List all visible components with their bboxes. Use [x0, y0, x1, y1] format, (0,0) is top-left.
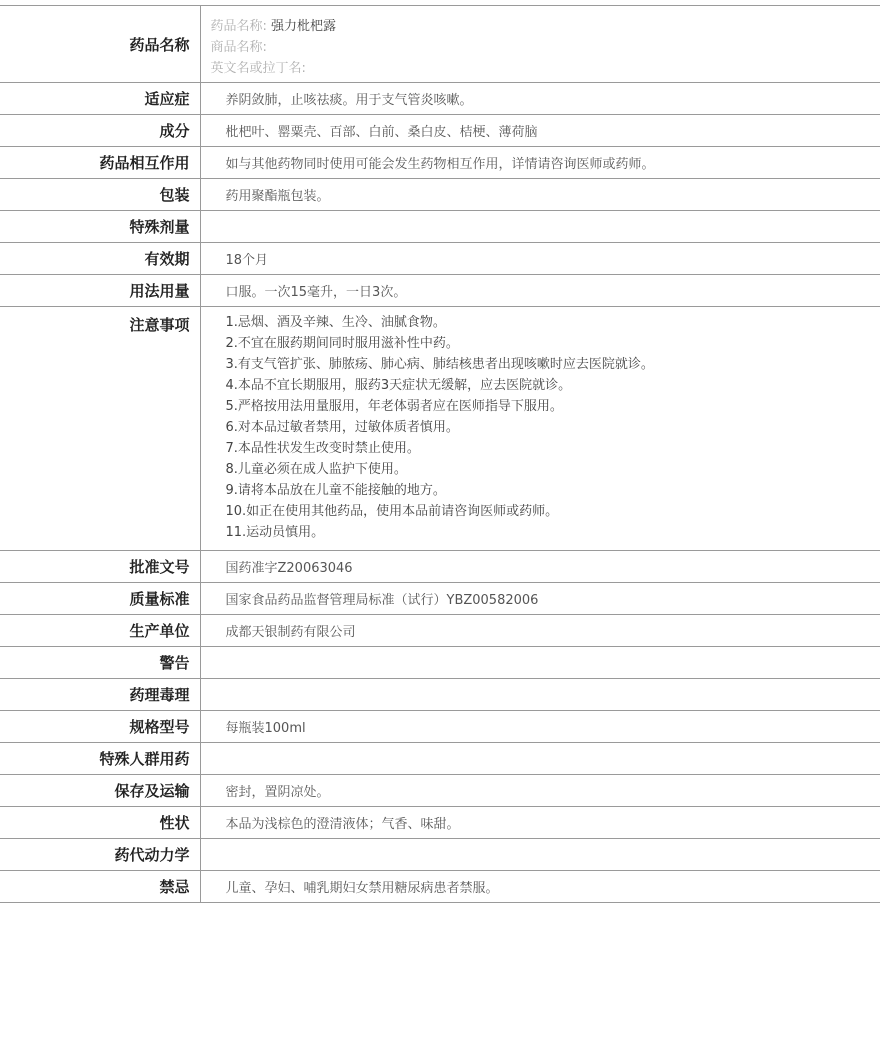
table-row-special-populations: 特殊人群用药: [0, 743, 880, 775]
english-name-line: 英文名或拉丁名:: [211, 58, 880, 79]
precaution-item: 2.不宜在服药期间同时服用滋补性中药。: [226, 333, 880, 354]
row-value: 本品为浅棕色的澄清液体；气香、味甜。: [200, 807, 880, 839]
precaution-item: 1.忌烟、酒及辛辣、生冷、油腻食物。: [226, 312, 880, 333]
table-row-ingredients: 成分 枇杷叶、罂粟壳、百部、白前、桑白皮、桔梗、薄荷脑: [0, 115, 880, 147]
row-label: 适应症: [0, 83, 200, 115]
row-value: 口服。一次15毫升，一日3次。: [200, 275, 880, 307]
row-label: 药品相互作用: [0, 147, 200, 179]
precautions-list: 1.忌烟、酒及辛辣、生冷、油腻食物。 2.不宜在服药期间同时服用滋补性中药。 3…: [200, 307, 880, 551]
precaution-item: 4.本品不宜长期服用，服药3天症状无缓解，应去医院就诊。: [226, 375, 880, 396]
row-label: 特殊人群用药: [0, 743, 200, 775]
precaution-item: 8.儿童必须在成人监护下使用。: [226, 459, 880, 480]
row-label: 规格型号: [0, 711, 200, 743]
row-value: 每瓶装100ml: [200, 711, 880, 743]
drug-spec-table: 药品名称 药品名称: 强力枇杷露 商品名称: 英文名或拉丁名:: [0, 5, 880, 903]
row-label: 特殊剂量: [0, 211, 200, 243]
table-row-manufacturer: 生产单位 成都天银制药有限公司: [0, 615, 880, 647]
table-row-storage: 保存及运输 密封，置阴凉处。: [0, 775, 880, 807]
table-row-packaging: 包装 药用聚酯瓶包装。: [0, 179, 880, 211]
row-value: 养阴敛肺，止咳祛痰。用于支气管炎咳嗽。: [200, 83, 880, 115]
precaution-item: 10.如正在使用其他药品，使用本品前请咨询医师或药师。: [226, 501, 880, 522]
trade-name-key: 商品名称:: [211, 40, 267, 55]
row-label: 质量标准: [0, 583, 200, 615]
precaution-item: 6.对本品过敏者禁用，过敏体质者慎用。: [226, 417, 880, 438]
row-label: 生产单位: [0, 615, 200, 647]
row-value: 18个月: [200, 243, 880, 275]
row-value: [200, 211, 880, 243]
row-label: 药品名称: [0, 6, 200, 83]
row-value: 国药准字Z20063046: [200, 551, 880, 583]
table-row-special-dosage: 特殊剂量: [0, 211, 880, 243]
english-name-key: 英文名或拉丁名:: [211, 61, 306, 76]
precaution-item: 11.运动员慎用。: [226, 522, 880, 543]
precaution-item: 7.本品性状发生改变时禁止使用。: [226, 438, 880, 459]
table-row-pharmacokinetics: 药代动力学: [0, 839, 880, 871]
row-value: 药用聚酯瓶包装。: [200, 179, 880, 211]
row-value: 枇杷叶、罂粟壳、百部、白前、桑白皮、桔梗、薄荷脑: [200, 115, 880, 147]
table-row-drug-name: 药品名称 药品名称: 强力枇杷露 商品名称: 英文名或拉丁名:: [0, 6, 880, 83]
table-row-precautions: 注意事项 1.忌烟、酒及辛辣、生冷、油腻食物。 2.不宜在服药期间同时服用滋补性…: [0, 307, 880, 551]
table-row-shelf-life: 有效期 18个月: [0, 243, 880, 275]
generic-name-key: 药品名称:: [211, 19, 267, 34]
generic-name-value: 强力枇杷露: [271, 19, 336, 34]
row-value: [200, 647, 880, 679]
row-value: 国家食品药品监督管理局标准（试行）YBZ00582006: [200, 583, 880, 615]
table-row-pharmacology: 药理毒理: [0, 679, 880, 711]
trade-name-line: 商品名称:: [211, 37, 880, 58]
table-row-appearance: 性状 本品为浅棕色的澄清液体；气香、味甜。: [0, 807, 880, 839]
table-row-interactions: 药品相互作用 如与其他药物同时使用可能会发生药物相互作用，详情请咨询医师或药师。: [0, 147, 880, 179]
row-label: 药理毒理: [0, 679, 200, 711]
row-label: 禁忌: [0, 871, 200, 903]
row-value: 如与其他药物同时使用可能会发生药物相互作用，详情请咨询医师或药师。: [200, 147, 880, 179]
row-value: [200, 839, 880, 871]
table-row-warning: 警告: [0, 647, 880, 679]
row-value: 药品名称: 强力枇杷露 商品名称: 英文名或拉丁名:: [200, 6, 880, 83]
row-label: 包装: [0, 179, 200, 211]
table-row-indications: 适应症 养阴敛肺，止咳祛痰。用于支气管炎咳嗽。: [0, 83, 880, 115]
row-label: 药代动力学: [0, 839, 200, 871]
row-label: 性状: [0, 807, 200, 839]
row-label: 警告: [0, 647, 200, 679]
table-row-specification: 规格型号 每瓶装100ml: [0, 711, 880, 743]
row-value: 密封，置阴凉处。: [200, 775, 880, 807]
row-label: 用法用量: [0, 275, 200, 307]
row-value: [200, 679, 880, 711]
drug-spec-sheet: 药品名称 药品名称: 强力枇杷露 商品名称: 英文名或拉丁名:: [0, 5, 880, 903]
generic-name-line: 药品名称: 强力枇杷露: [211, 16, 880, 37]
row-value: [200, 743, 880, 775]
row-value: 成都天银制药有限公司: [200, 615, 880, 647]
table-row-dosage: 用法用量 口服。一次15毫升，一日3次。: [0, 275, 880, 307]
row-label: 批准文号: [0, 551, 200, 583]
row-label: 注意事项: [0, 307, 200, 551]
table-row-contraindications: 禁忌 儿童、孕妇、哺乳期妇女禁用糖尿病患者禁服。: [0, 871, 880, 903]
table-row-quality-standard: 质量标准 国家食品药品监督管理局标准（试行）YBZ00582006: [0, 583, 880, 615]
row-label: 有效期: [0, 243, 200, 275]
row-label: 成分: [0, 115, 200, 147]
table-row-approval-number: 批准文号 国药准字Z20063046: [0, 551, 880, 583]
row-value: 儿童、孕妇、哺乳期妇女禁用糖尿病患者禁服。: [200, 871, 880, 903]
precaution-item: 9.请将本品放在儿童不能接触的地方。: [226, 480, 880, 501]
precaution-item: 5.严格按用法用量服用，年老体弱者应在医师指导下服用。: [226, 396, 880, 417]
precaution-item: 3.有支气管扩张、肺脓疡、肺心病、肺结核患者出现咳嗽时应去医院就诊。: [226, 354, 880, 375]
row-label: 保存及运输: [0, 775, 200, 807]
